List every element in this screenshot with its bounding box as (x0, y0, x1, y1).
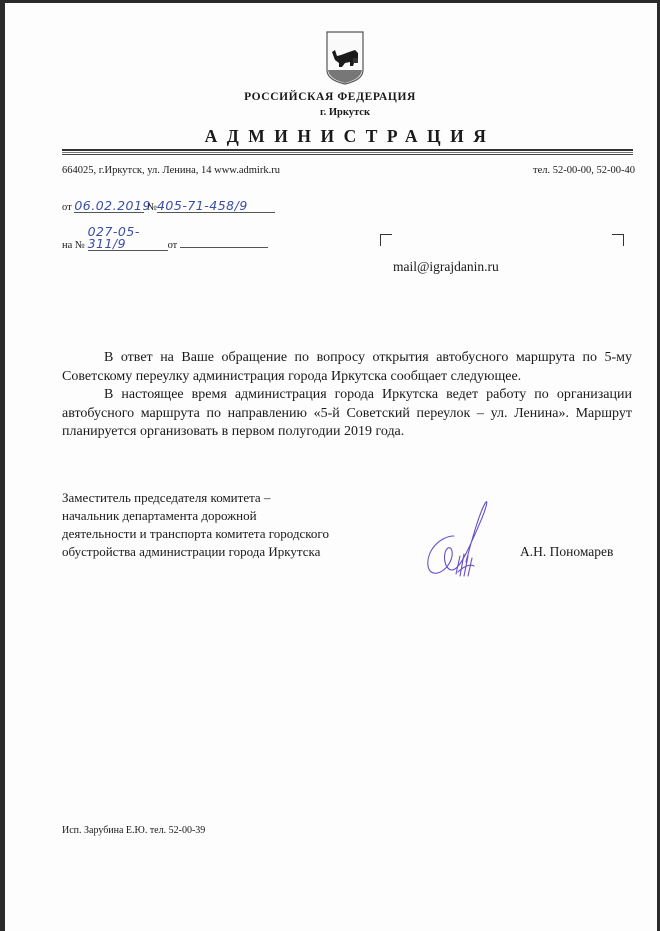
signatory-title-line: Заместитель председателя комитета – (62, 489, 329, 507)
signatory-title-line: начальник департамента дорожной (62, 507, 329, 525)
organization-title: АДМИНИСТРАЦИЯ (0, 126, 660, 147)
executor-line: Исп. Зарубина Е.Ю. тел. 52-00-39 (62, 825, 205, 836)
address-block-corner-right (612, 234, 624, 246)
reply-number: 027-05-311/9 (88, 226, 168, 251)
reply-label: на № (62, 240, 85, 251)
reply-date-blank (180, 247, 268, 248)
signatory-name: А.Н. Пономарев (520, 544, 613, 560)
outgoing-registration: от 06.02.2019 №405-71-458/9 (62, 200, 275, 213)
recipient-email: mail@igrajdanin.ru (393, 259, 499, 275)
coat-of-arms-icon (325, 30, 365, 86)
city-heading: г. Иркутск (0, 107, 660, 118)
country-heading: РОССИЙСКАЯ ФЕДЕРАЦИЯ (0, 91, 660, 103)
outgoing-date: 06.02.2019 (74, 200, 144, 213)
letterhead-double-rule (62, 149, 633, 155)
signatory-title-line: деятельности и транспорта комитета город… (62, 525, 329, 543)
body-paragraph: В ответ на Ваше обращение по вопросу отк… (62, 349, 632, 386)
from-label: от (62, 202, 72, 213)
phones-line: тел. 52-00-00, 52-00-40 (533, 165, 635, 176)
body-paragraph: В настоящее время администрация города И… (62, 386, 632, 442)
letter-body: В ответ на Ваше обращение по вопросу отк… (62, 349, 632, 442)
address-line: 664025, г.Иркутск, ул. Ленина, 14 www.ad… (62, 165, 280, 176)
number-label: № (147, 202, 157, 213)
reply-from-label: от (168, 240, 178, 251)
address-block-corner-left (380, 234, 392, 246)
signatory-title: Заместитель председателя комитета – нача… (62, 489, 329, 561)
outgoing-number: 405-71-458/9 (157, 200, 275, 213)
incoming-reference: на № 027-05-311/9от (62, 226, 268, 251)
handwritten-signature-icon (420, 496, 500, 586)
signatory-title-line: обустройства администрации города Иркутс… (62, 543, 329, 561)
